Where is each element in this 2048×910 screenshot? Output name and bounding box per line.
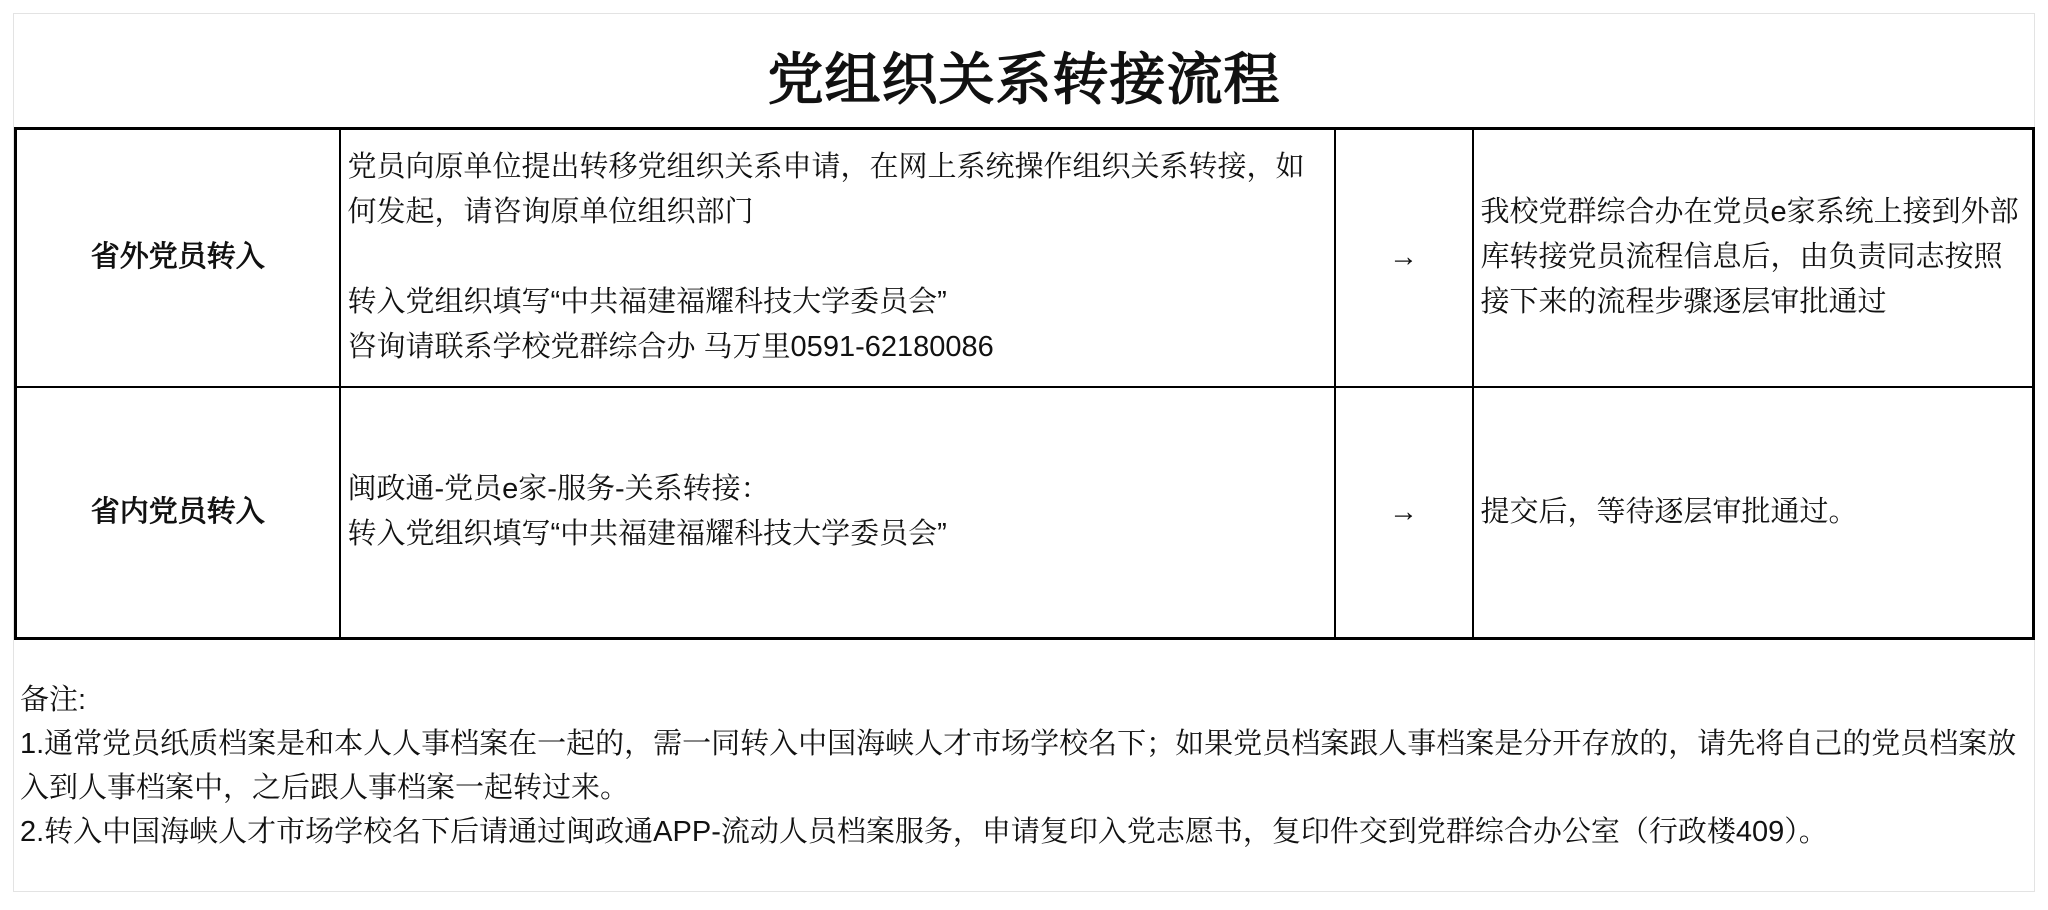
notes-heading: 备注: [20,678,2028,722]
table-row-out-of-province: 省外党员转入 党员向原单位提出转移党组织关系申请，在网上系统操作组织关系转接，如… [16,129,2034,387]
page-title: 党组织关系转接流程 [14,36,2034,116]
process-cell-out-of-province: 党员向原单位提出转移党组织关系申请，在网上系统操作组织关系转接，如何发起，请咨询… [340,129,1335,387]
row-label-in-province: 省内党员转入 [16,387,340,639]
result-cell-in-province: 提交后，等待逐层审批通过。 [1473,387,2034,639]
note-item-2: 2.转入中国海峡人才市场学校名下后请通过闽政通APP-流动人员档案服务，申请复印… [20,810,2028,854]
right-arrow-icon: → [1335,129,1473,387]
row-label-out-of-province: 省外党员转入 [16,129,340,387]
note-item-1: 1.通常党员纸质档案是和本人人事档案在一起的，需一同转入中国海峡人才市场学校名下… [20,722,2028,810]
table-row-in-province: 省内党员转入 闽政通-党员e家-服务-关系转接： 转入党组织填写“中共福建福耀科… [16,387,2034,639]
result-cell-out-of-province: 我校党群综合办在党员e家系统上接到外部库转接党员流程信息后，由负责同志按照接下来… [1473,129,2034,387]
document-page: 党组织关系转接流程 省外党员转入 党员向原单位提出转移党组织关系申请，在网上系统… [13,13,2035,892]
process-cell-in-province: 闽政通-党员e家-服务-关系转接： 转入党组织填写“中共福建福耀科技大学委员会” [340,387,1335,639]
transfer-flow-table: 省外党员转入 党员向原单位提出转移党组织关系申请，在网上系统操作组织关系转接，如… [14,127,2035,640]
right-arrow-icon: → [1335,387,1473,639]
notes-section: 备注: 1.通常党员纸质档案是和本人人事档案在一起的，需一同转入中国海峡人才市场… [20,678,2028,854]
